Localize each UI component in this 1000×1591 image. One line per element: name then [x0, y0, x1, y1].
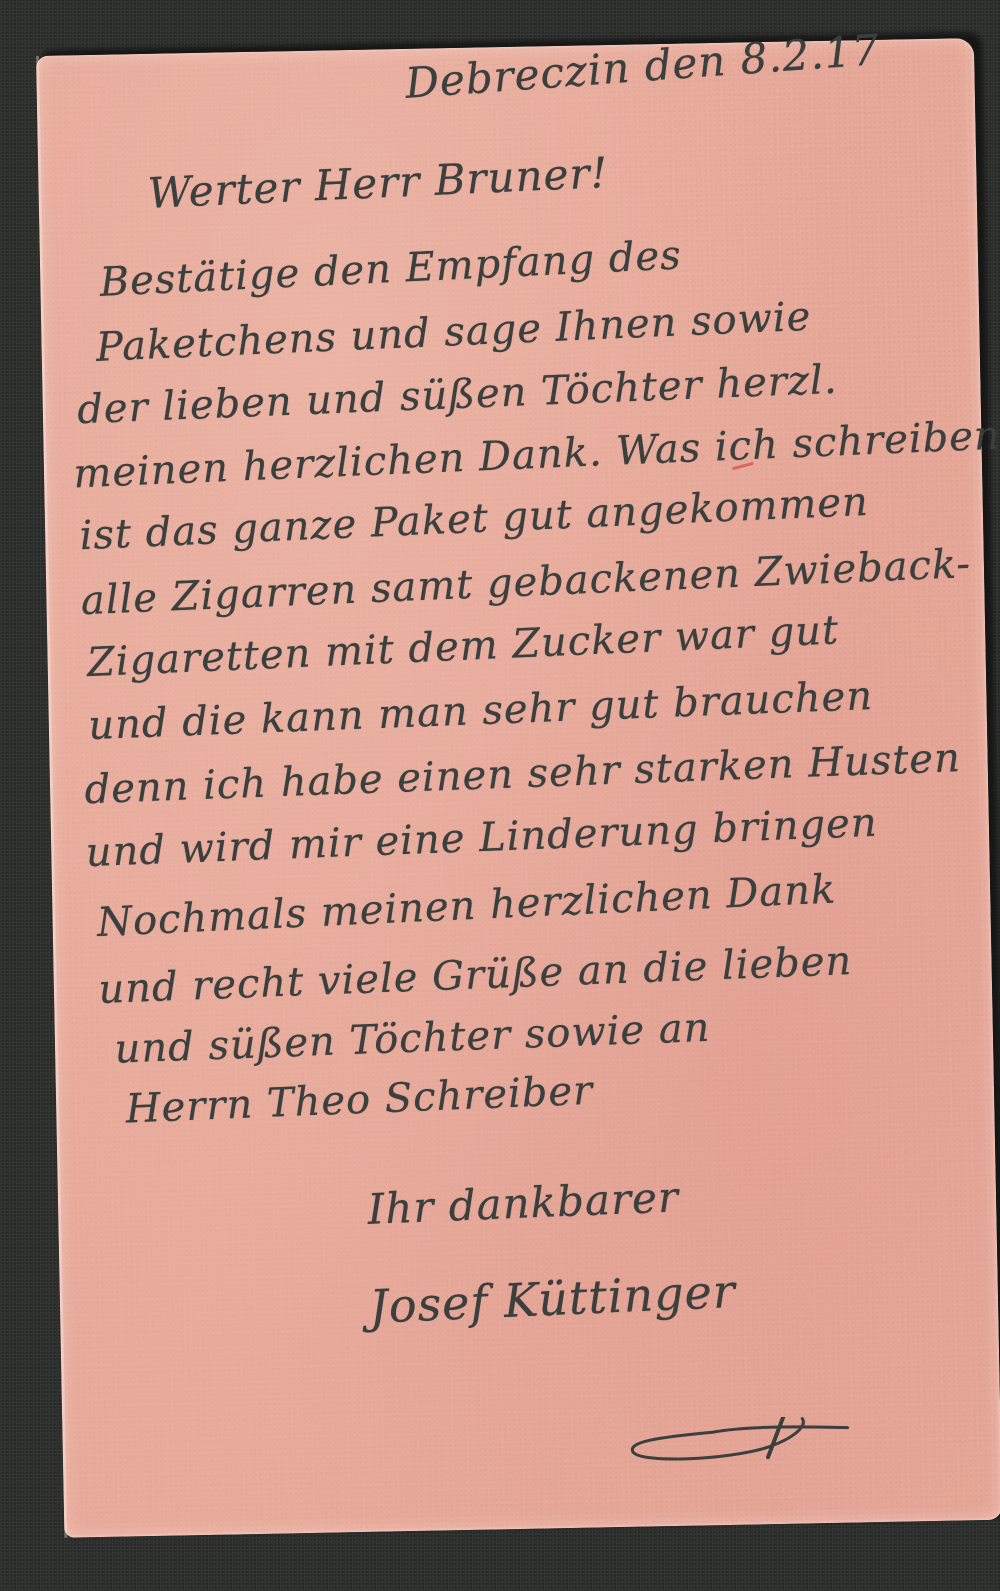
- body-line-10: und wird mir eine Linderung bringen: [85, 800, 878, 876]
- body-line-13: und süßen Töchter sowie an: [114, 1005, 711, 1073]
- scanned-postcard: Debreczin den 8.2.17 Werter Herr Bruner!…: [0, 0, 1000, 1591]
- signature: Josef Küttinger: [368, 1264, 737, 1334]
- body-line-11: Nochmals meinen herzlichen Dank: [96, 866, 837, 946]
- body-line-1: Bestätige den Empfang des: [99, 232, 683, 305]
- postcard: Debreczin den 8.2.17 Werter Herr Bruner!…: [36, 38, 1000, 1538]
- body-line-14: Herrn Theo Schreiber: [125, 1068, 594, 1133]
- signature-flourish: [617, 1415, 858, 1465]
- body-line-3: der lieben und süßen Töchter herzl.: [76, 357, 838, 433]
- body-line-12: und recht viele Grüße an die lieben: [98, 938, 853, 1013]
- closing: Ihr dankbarer: [367, 1172, 680, 1233]
- body-line-2: Paketchens und sage Ihnen sowie: [95, 294, 812, 371]
- salutation: Werter Herr Bruner!: [147, 148, 609, 218]
- card-edge-highlight: [36, 56, 67, 1538]
- body-line-8: und die kann man sehr gut brauchen: [88, 673, 874, 749]
